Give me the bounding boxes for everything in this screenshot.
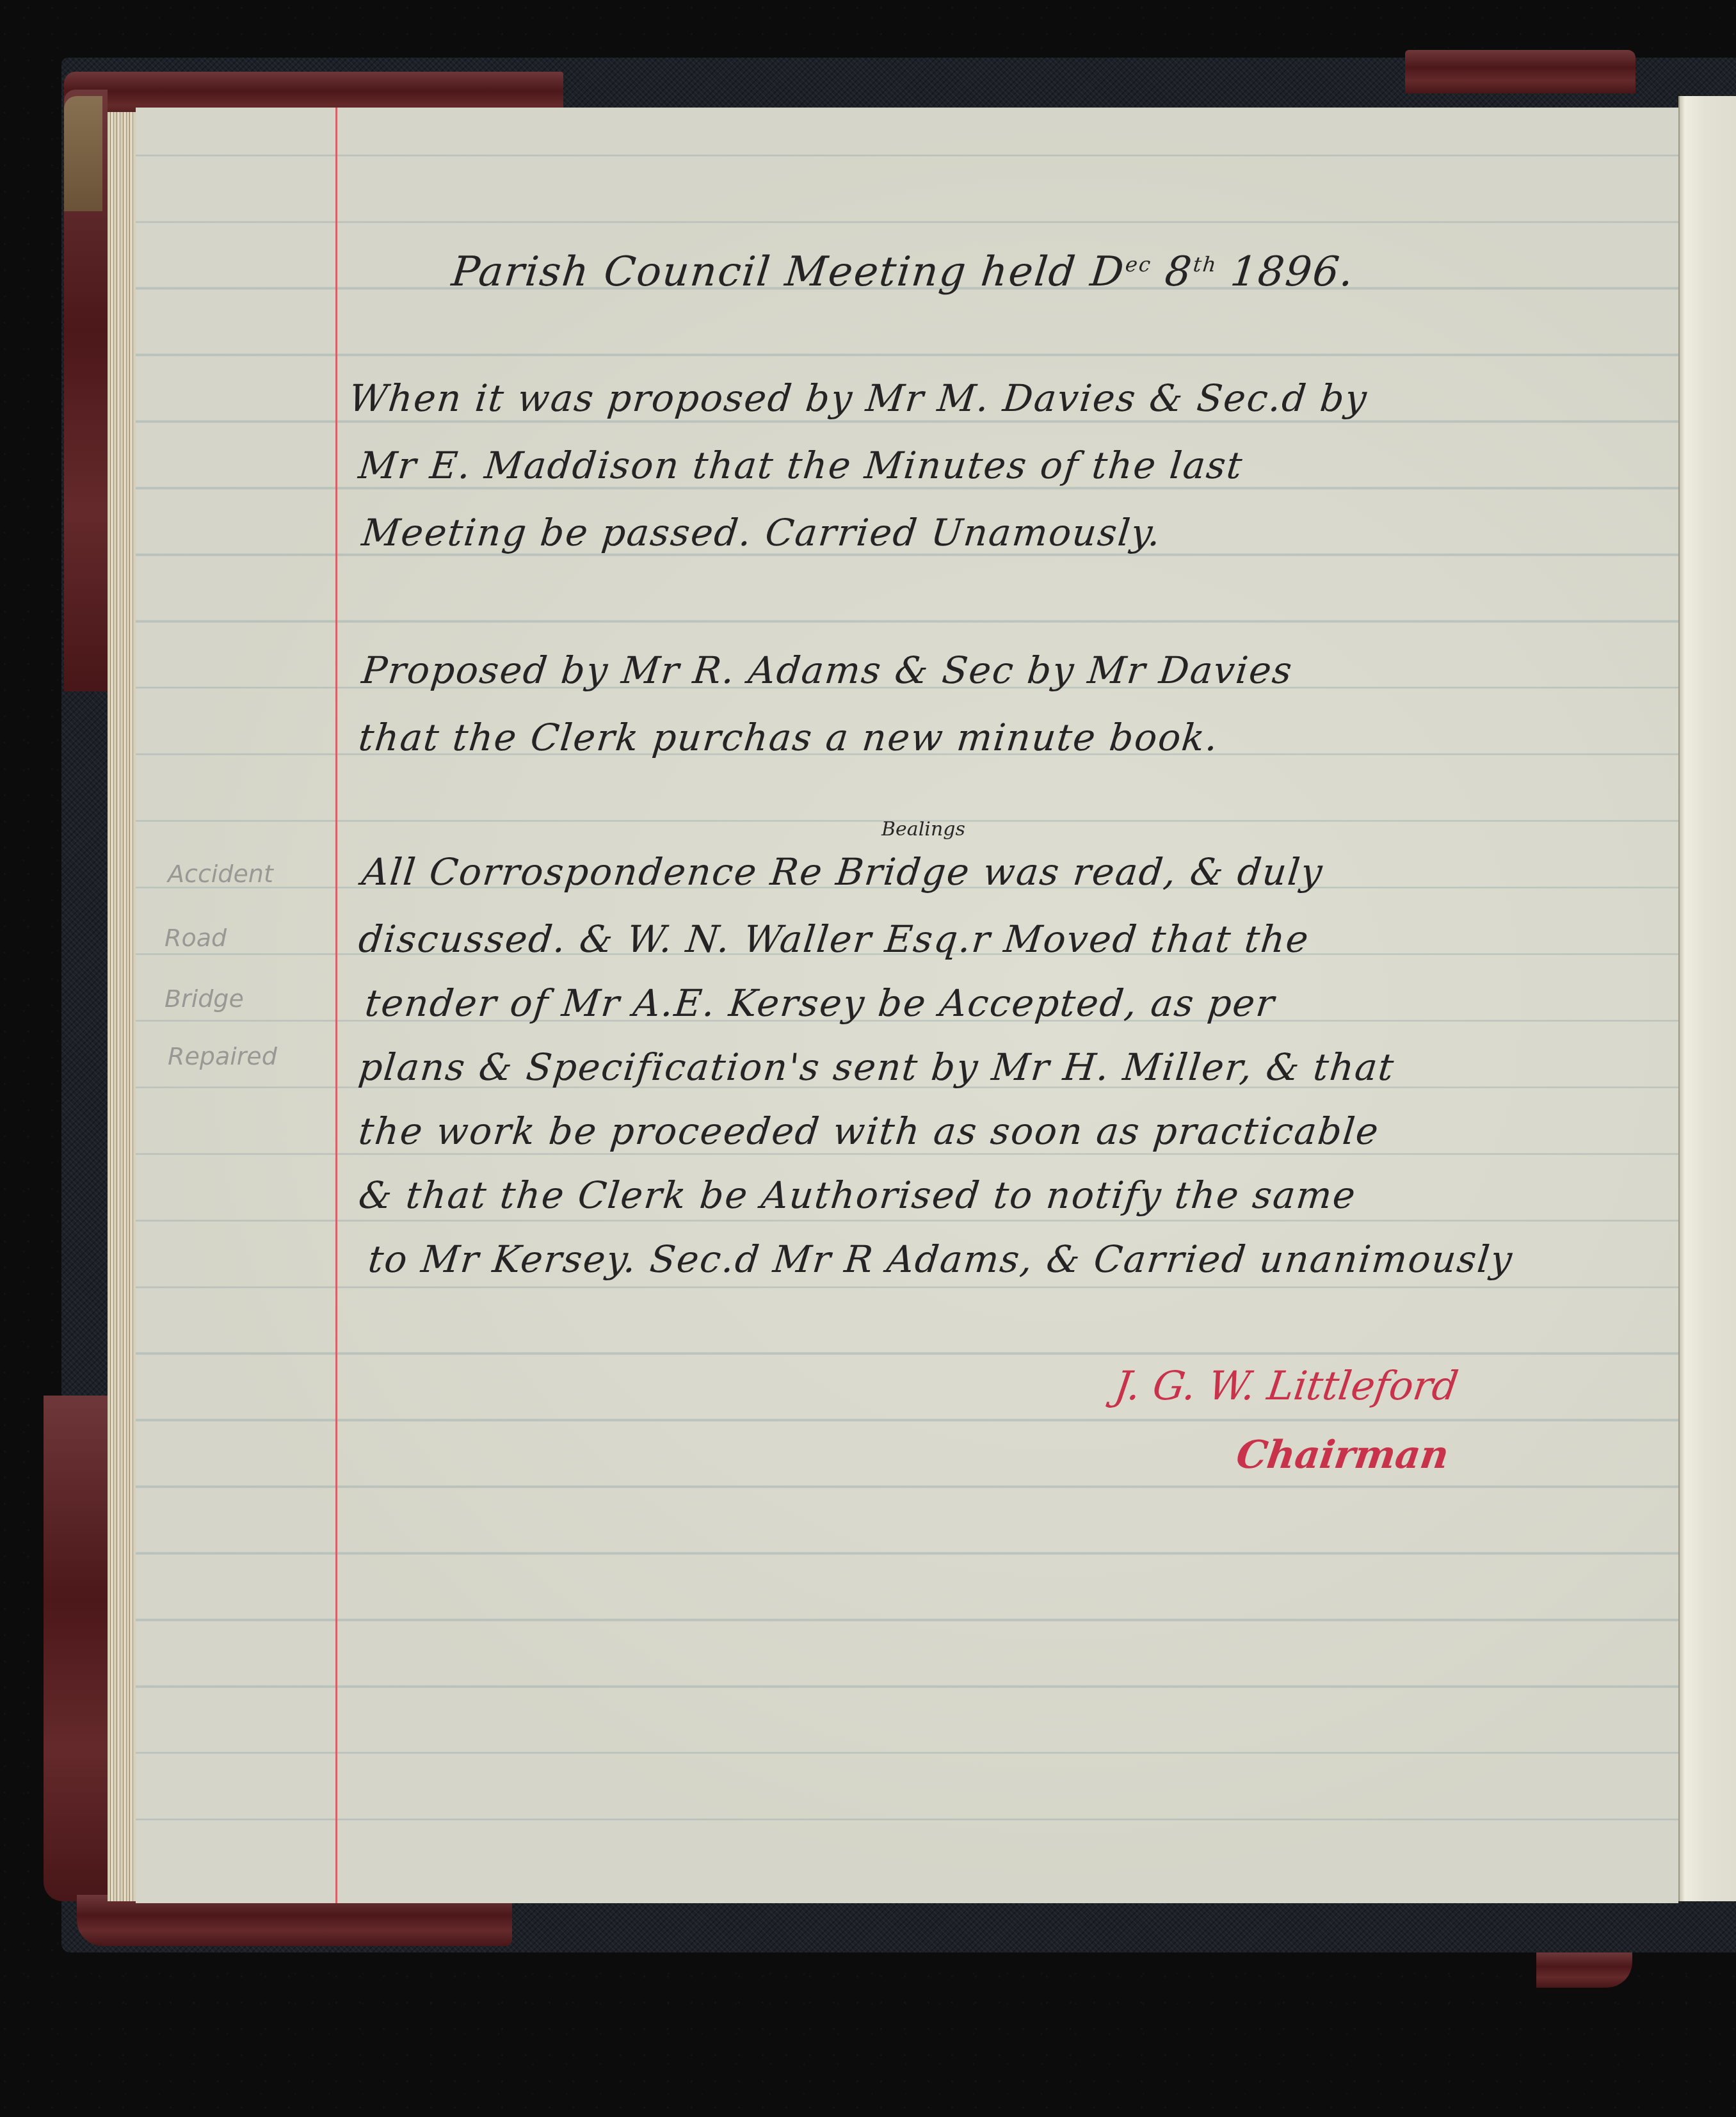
minute-line: the work be proceeded with as soon as pr… xyxy=(357,1109,1381,1153)
leather-corner-top-right xyxy=(1405,50,1636,93)
minute-line: tender of Mr A.E. Kersey be Accepted, as… xyxy=(363,981,1278,1025)
minute-line: Mr E. Maddison that the Minutes of the l… xyxy=(357,444,1245,487)
minute-line: When it was proposed by Mr M. Davies & S… xyxy=(347,376,1370,420)
minute-line: that the Clerk purchas a new minute book… xyxy=(357,716,1221,759)
minute-line: discussed. & W. N. Waller Esq.r Moved th… xyxy=(357,917,1312,961)
page-edge-stack xyxy=(108,112,137,1901)
adjacent-page-edge xyxy=(1678,96,1736,1901)
leather-spine-bottom-left xyxy=(44,1396,108,1901)
signature-role: Chairman xyxy=(1234,1433,1451,1477)
page-title: Parish Council Meeting held Dec 8th 1896… xyxy=(449,248,1357,296)
minute-line: Meeting be passed. Carried Unamously. xyxy=(360,511,1164,554)
caret-insertion: Bealings xyxy=(881,818,965,841)
minute-line: & that the Clerk be Authorised to notify… xyxy=(357,1173,1358,1217)
minute-book-page: Parish Council Meeting held Dec 8th 1896… xyxy=(136,108,1678,1903)
minute-line: All Corrospondence Re Bridge was read, &… xyxy=(360,850,1326,894)
leather-corner-bottom-right xyxy=(1536,1952,1632,1988)
signature-name: J. G. W. Littleford xyxy=(1112,1362,1461,1409)
worn-corner xyxy=(64,96,102,211)
minute-line: to Mr Kersey. Sec.d Mr R Adams, & Carrie… xyxy=(366,1237,1515,1281)
red-margin-line xyxy=(335,108,337,1903)
minute-line: Proposed by Mr R. Adams & Sec by Mr Davi… xyxy=(360,648,1295,692)
minute-line: plans & Specification's sent by Mr H. Mi… xyxy=(357,1045,1397,1089)
